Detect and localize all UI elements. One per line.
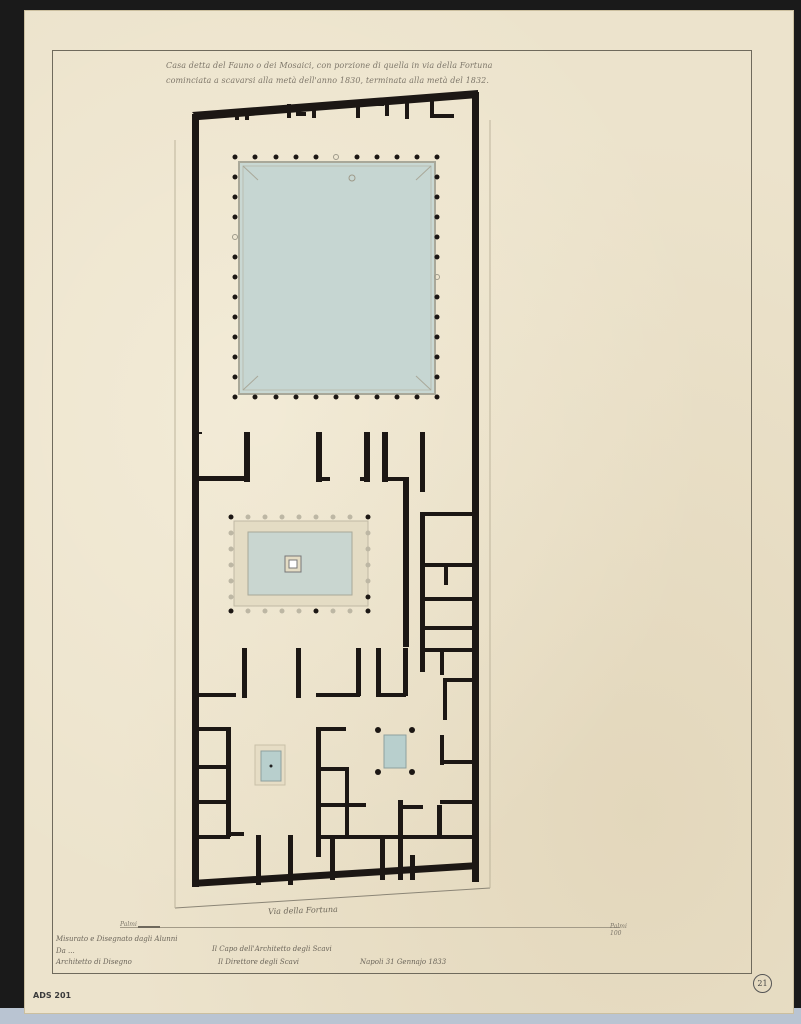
drawing-date: Napoli 31 Gennajo 1833	[360, 958, 446, 966]
scale-segment	[138, 926, 160, 928]
scale-left-label: Palmi	[120, 921, 137, 928]
large-peristyle	[233, 155, 440, 400]
scale-right-label: Palmi 100	[610, 923, 640, 937]
signature-line-3: Architetto di Disegno	[56, 958, 132, 966]
signature-director: Il Direttore degli Scavi	[218, 958, 299, 966]
south-wall	[192, 862, 479, 887]
west-wall	[192, 114, 199, 887]
signature-center: Il Capo dell'Architetto degli Scavi	[212, 945, 332, 953]
scale-line	[120, 927, 620, 928]
tetrastyle-atrium	[375, 727, 415, 775]
signature-line-2: Da ...	[56, 947, 75, 955]
signature-line-1: Misurato e Disegnato dagli Alunni	[56, 935, 178, 943]
small-peristyle	[229, 515, 371, 614]
scale-bar: Palmi Palmi 100	[120, 921, 640, 931]
tuscan-atrium	[255, 745, 285, 785]
sheet-number-stamp: 21	[753, 974, 772, 993]
floor-plan	[0, 0, 801, 1024]
archive-id: ADS 201	[33, 991, 71, 1000]
